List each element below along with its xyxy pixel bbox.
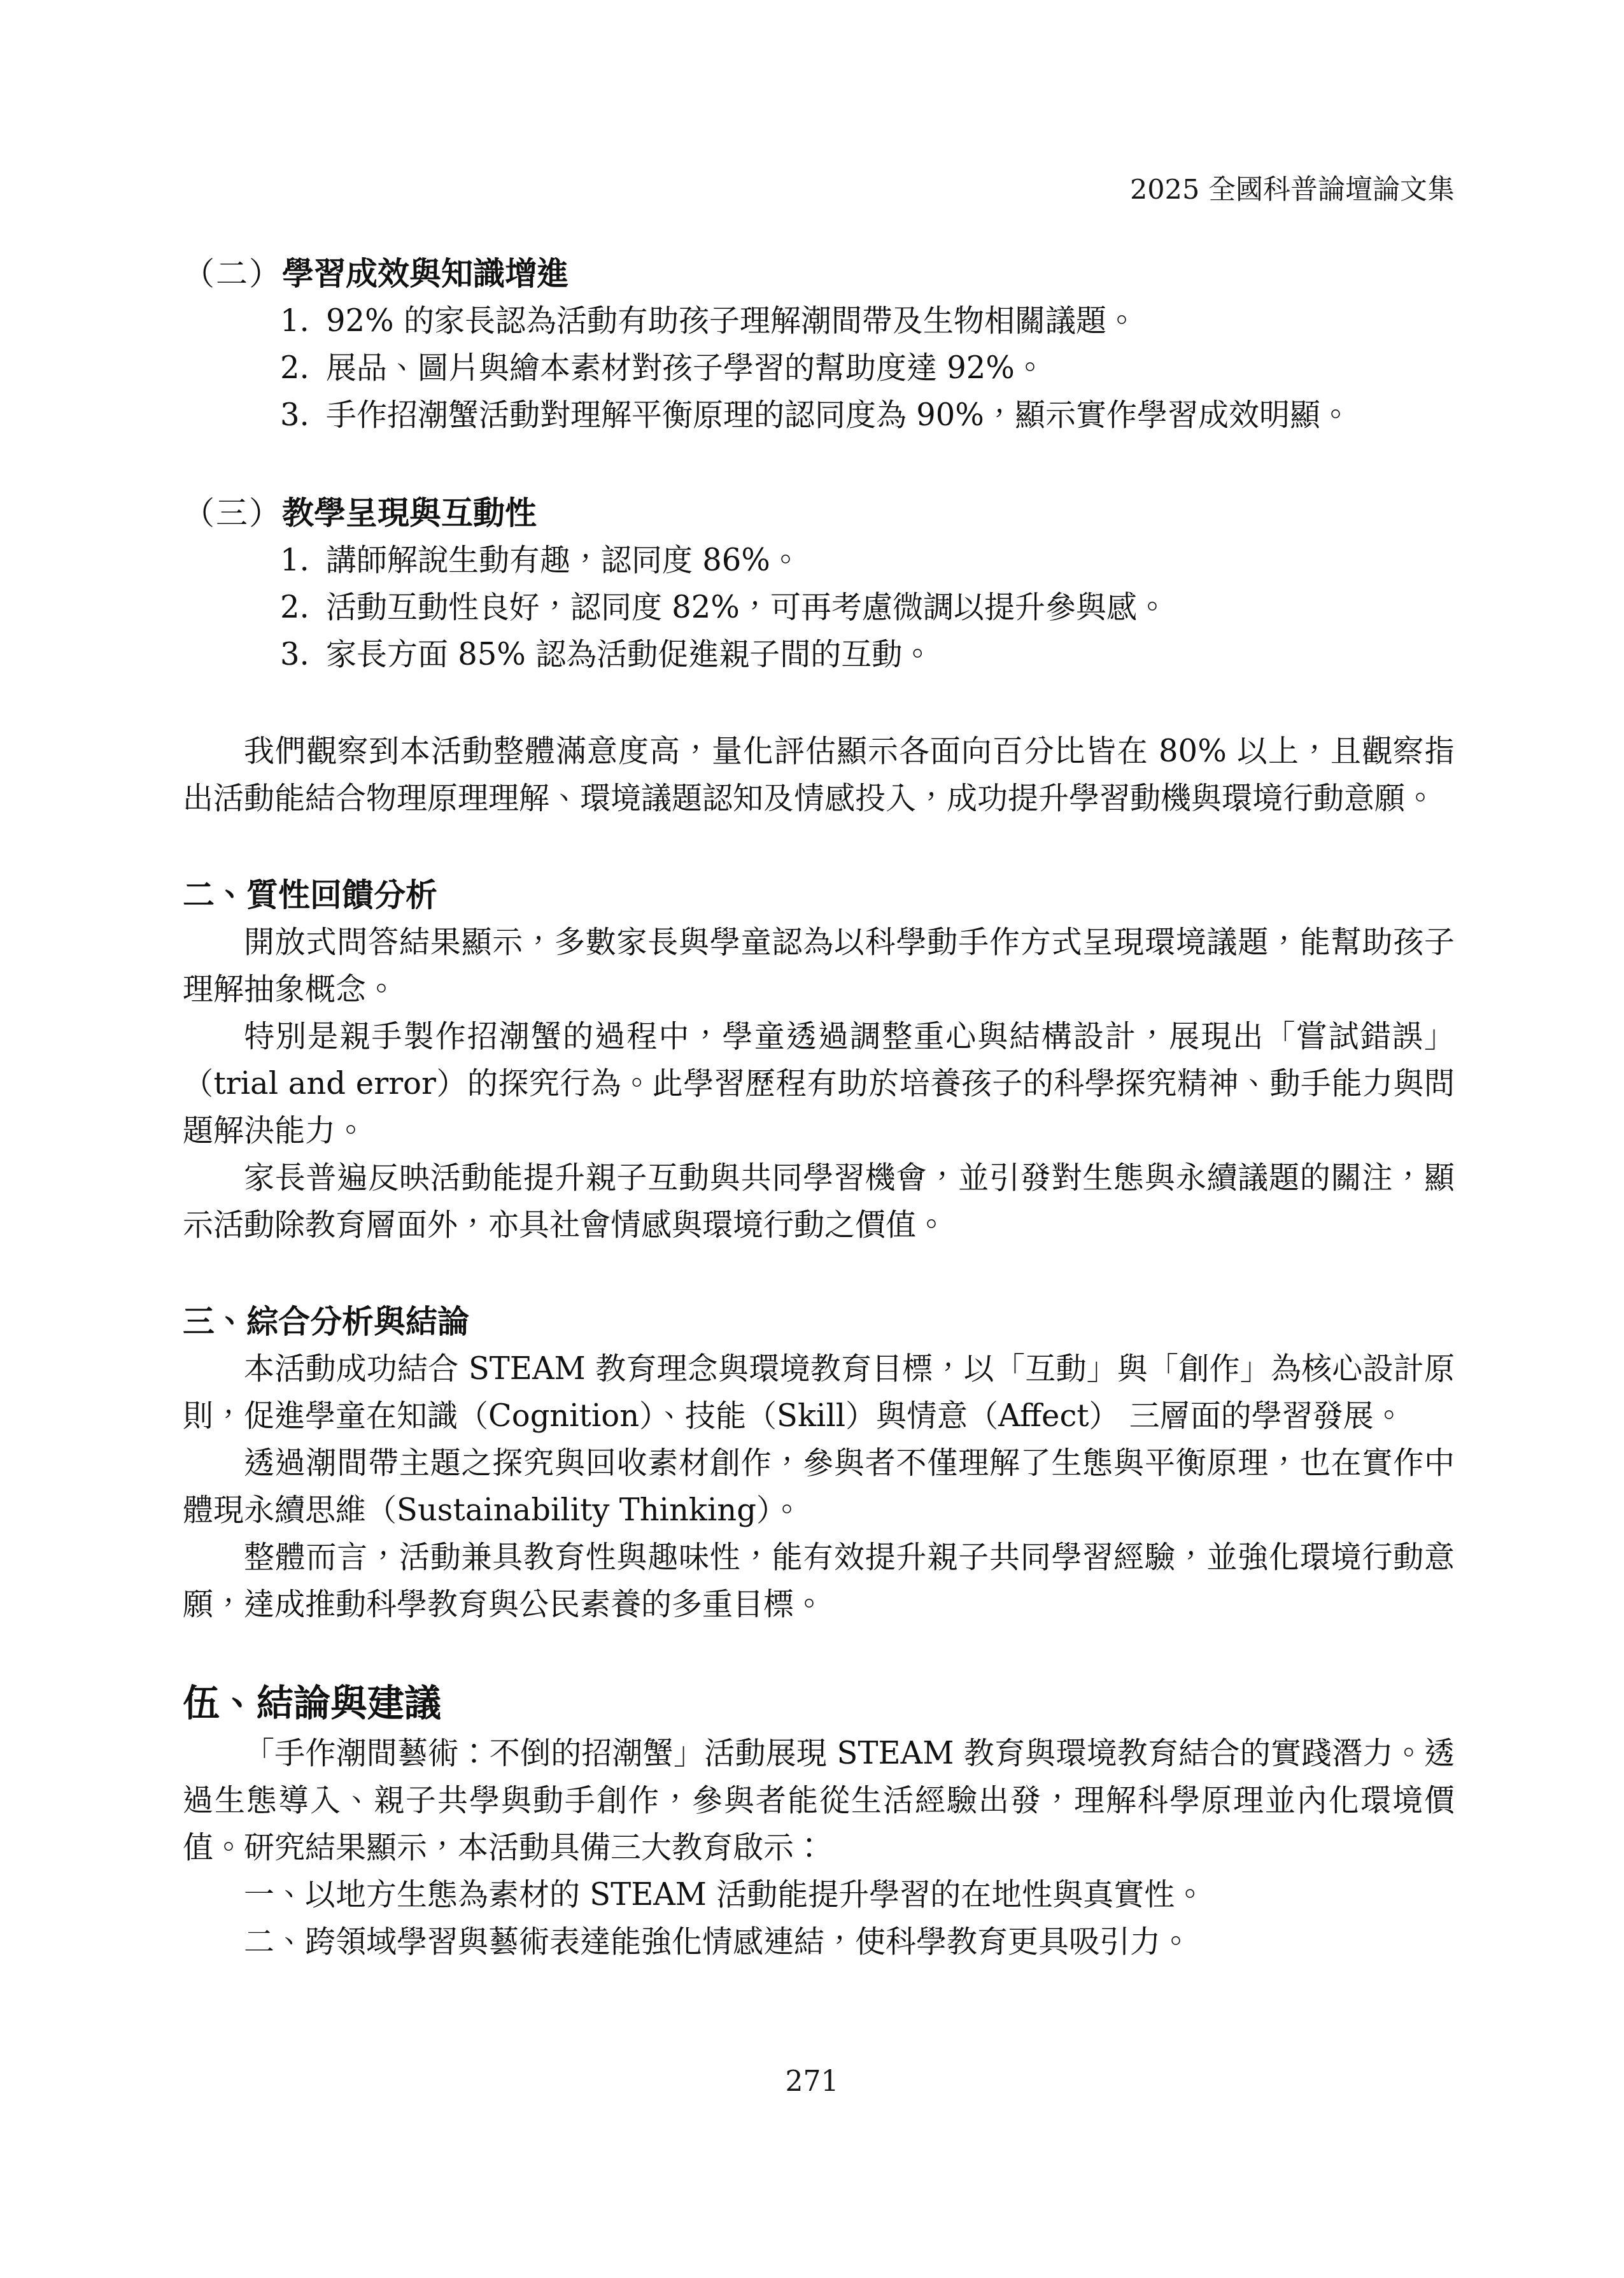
paragraph-conclusion-overview: 「手作潮間藝術：不倒的招潮蟹」活動展現 STEAM 教育與環境教育結合的實踐潛力…: [183, 1730, 1455, 1871]
list-item-text: 活動互動性良好，認同度 82%，可再考慮微調以提升參與感。: [326, 590, 1168, 625]
subsection-2-label: （二）: [183, 255, 282, 292]
list-item-number: 3.: [280, 631, 309, 678]
running-header: 2025 全國科普論壇論文集: [1130, 173, 1455, 206]
list-item: 1.92% 的家長認為活動有助孩子理解潮間帶及生物相關議題。: [183, 297, 1455, 344]
list-item-text: 92% 的家長認為活動有助孩子理解潮間帶及生物相關議題。: [326, 303, 1137, 339]
numbered-list-learning-outcomes: 1.92% 的家長認為活動有助孩子理解潮間帶及生物相關議題。 2.展品、圖片與繪…: [183, 297, 1455, 439]
list-item-number: 1.: [280, 537, 309, 584]
section-heading-qualitative-feedback: 二、質性回饋分析: [183, 872, 1455, 919]
list-item-text: 講師解說生動有趣，認同度 86%。: [326, 542, 801, 578]
document-page: 2025 全國科普論壇論文集 （二）學習成效與知識增進 1.92% 的家長認為活…: [0, 0, 1624, 2278]
paragraph-parent-feedback: 家長普遍反映活動能提升親子互動與共同學習機會，並引發對生態與永續議題的關注，顯示…: [183, 1154, 1455, 1249]
list-item-number: 2.: [280, 344, 309, 392]
list-item: 3.家長方面 85% 認為活動促進親子間的互動。: [183, 631, 1455, 678]
page-number: 271: [0, 2065, 1624, 2098]
subsection-2-title: 學習成效與知識增進: [282, 255, 568, 292]
paragraph-overall-evaluation: 整體而言，活動兼具教育性與趣味性，能有效提升親子共同學習經驗，並強化環境行動意願…: [183, 1534, 1455, 1628]
subsection-heading-2: （二）學習成效與知識增進: [183, 250, 1455, 297]
subsection-3-title: 教學呈現與互動性: [282, 494, 537, 532]
paragraph-insight-1: 一、以地方生態為素材的 STEAM 活動能提升學習的在地性與真實性。: [183, 1871, 1455, 1918]
paragraph-steam-integration: 本活動成功結合 STEAM 教育理念與環境教育目標，以「互動」與「創作」為核心設…: [183, 1345, 1455, 1440]
paragraph-insight-2: 二、跨領域學習與藝術表達能強化情感連結，使科學教育更具吸引力。: [183, 1918, 1455, 1965]
list-item-number: 3.: [280, 392, 309, 439]
list-item-text: 展品、圖片與繪本素材對孩子學習的幫助度達 92%。: [326, 350, 1045, 386]
list-item-text: 家長方面 85% 認為活動促進親子間的互動。: [326, 637, 933, 672]
numbered-list-teaching-interactivity: 1.講師解說生動有趣，認同度 86%。 2.活動互動性良好，認同度 82%，可再…: [183, 537, 1455, 678]
subsection-3-label: （三）: [183, 495, 282, 532]
paragraph-trial-and-error: 特別是親手製作招潮蟹的過程中，學童透過調整重心與結構設計，展現出「嘗試錯誤」（t…: [183, 1013, 1455, 1154]
list-item: 1.講師解說生動有趣，認同度 86%。: [183, 537, 1455, 584]
subsection-heading-3: （三）教學呈現與互動性: [183, 490, 1455, 537]
list-item-number: 2.: [280, 584, 309, 631]
paragraph-open-ended-results: 開放式問答結果顯示，多數家長與學童認為以科學動手作方式呈現環境議題，能幫助孩子理…: [183, 919, 1455, 1013]
section-heading-comprehensive-analysis: 三、綜合分析與結論: [183, 1298, 1455, 1345]
list-item: 2.展品、圖片與繪本素材對孩子學習的幫助度達 92%。: [183, 344, 1455, 392]
page-content: （二）學習成效與知識增進 1.92% 的家長認為活動有助孩子理解潮間帶及生物相關…: [183, 250, 1455, 1965]
list-item-number: 1.: [280, 297, 309, 344]
list-item-text: 手作招潮蟹活動對理解平衡原理的認同度為 90%，顯示實作學習成效明顯。: [326, 397, 1351, 433]
paragraph-quantitative-summary: 我們觀察到本活動整體滿意度高，量化評估顯示各面向百分比皆在 80% 以上，且觀察…: [183, 728, 1455, 822]
chapter-heading-conclusion: 伍、結論與建議: [183, 1676, 1455, 1730]
paragraph-sustainability-thinking: 透過潮間帶主題之探究與回收素材創作，參與者不僅理解了生態與平衡原理，也在實作中體…: [183, 1440, 1455, 1534]
list-item: 2.活動互動性良好，認同度 82%，可再考慮微調以提升參與感。: [183, 584, 1455, 631]
list-item: 3.手作招潮蟹活動對理解平衡原理的認同度為 90%，顯示實作學習成效明顯。: [183, 392, 1455, 439]
